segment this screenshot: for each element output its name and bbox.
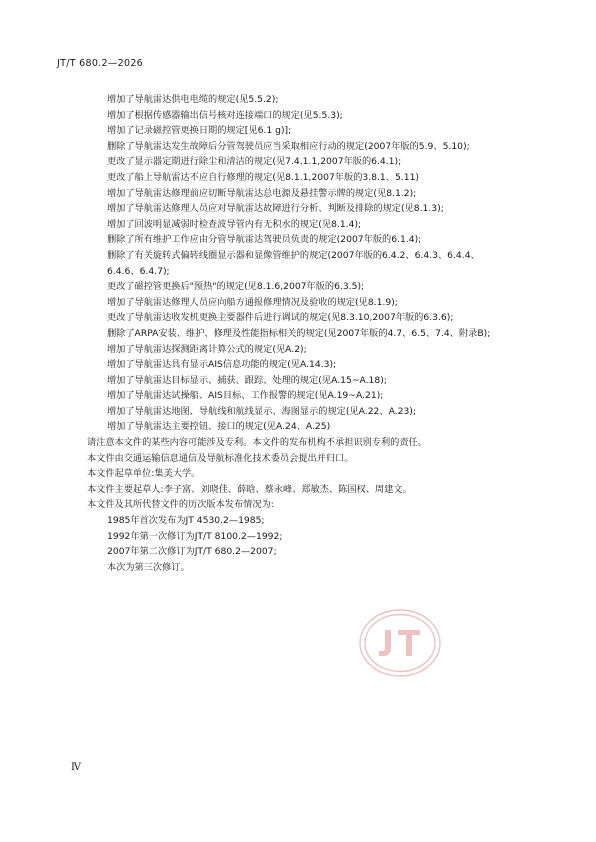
- change-item: 增加了导航雷达修理人员应向船方通报修理情况及验收的规定(见8.1.9);: [87, 295, 547, 311]
- standard-code-header: JT/T 680.2—2026: [57, 58, 143, 69]
- history-item: 1992年第一次修订为JT/T 8100.2—1992;: [87, 529, 547, 545]
- jt-watermark-logo: [358, 608, 442, 678]
- change-item: 增加了导航雷达具有显示AIS信息功能的规定(见A.14.3);: [87, 357, 547, 373]
- change-item: 更改了显示器定期进行除尘和清洁的规定(见7.4.1.1,2007年版的6.4.1…: [87, 154, 547, 170]
- history-item: 本次为第三次修订。: [87, 560, 547, 576]
- patent-notice: 请注意本文件的某些内容可能涉及专利。本文件的发布机构不承担识别专利的责任。: [87, 435, 547, 451]
- change-item: 增加了导航雷达试操船、AIS目标、工作报警的规定(见A.19~A.21);: [87, 388, 547, 404]
- change-item: 增加了导航雷达修理人员应对导航雷达故障进行分析、判断及排除的规定(见8.1.3)…: [87, 201, 547, 217]
- change-item: 更改了船上导航雷达不应自行修理的规定(见8.1.1,2007年版的3.8.1、5…: [87, 170, 547, 186]
- change-item-continuation: 6.4.6、6.4.7);: [87, 264, 547, 280]
- drafters: 本文件主要起草人:李子富、刘晓佳、薛晗、蔡永峰、郑敏杰、陈国权、周建文。: [87, 482, 547, 498]
- history-item: 2007年第二次修订为JT/T 680.2—2007;: [87, 544, 547, 560]
- history-intro: 本文件及其所代替文件的历次版本发布情况为:: [87, 497, 547, 513]
- document-body: 增加了导航雷达供电电缆的规定(见5.5.2); 增加了根据传感器输出信号核对连接…: [87, 92, 547, 575]
- change-item: 增加了回波明显减弱时检查波导管内有无积水的规定(见8.1.4);: [87, 217, 547, 233]
- change-item: 增加了导航雷达修理前应切断导航雷达总电源及悬挂警示牌的规定(见8.1.2);: [87, 186, 547, 202]
- version-history: 1985年首次发布为JT 4530.2—1985; 1992年第一次修订为JT/…: [87, 513, 547, 575]
- change-item: 增加了导航雷达主要控钮、接口的规定(见A.24、A.25): [87, 419, 547, 435]
- page-number: Ⅳ: [71, 762, 81, 773]
- notes: 请注意本文件的某些内容可能涉及专利。本文件的发布机构不承担识别专利的责任。 本文…: [87, 435, 547, 513]
- proposing-committee: 本文件由交通运输信息通信及导航标准化技术委员会提出并归口。: [87, 451, 547, 467]
- change-item: 增加了记录磁控管更换日期的规定[见6.1 g)];: [87, 123, 547, 139]
- change-item: 更改了磁控管更换后"预热"的规定(见8.1.6,2007年版的6.3.5);: [87, 279, 547, 295]
- change-item: 删除了所有维护工作应由分管导航雷达驾驶员负责的规定(2007年版的6.1.4);: [87, 232, 547, 248]
- changes-list: 增加了导航雷达供电电缆的规定(见5.5.2); 增加了根据传感器输出信号核对连接…: [87, 92, 547, 435]
- history-item: 1985年首次发布为JT 4530.2—1985;: [87, 513, 547, 529]
- change-item: 删除了ARPA安装、维护、修理及性能指标相关的规定(见2007年版的4.7、6.…: [87, 326, 547, 342]
- change-item: 增加了根据传感器输出信号核对连接端口的规定(见5.5.3);: [87, 108, 547, 124]
- change-item: 增加了导航雷达地图、导航线和航线显示、海图显示的规定(见A.22、A.23);: [87, 404, 547, 420]
- change-item: 删除了导航雷达发生故障后分管驾驶员应当采取相应行动的规定(2007年版的5.9、…: [87, 139, 547, 155]
- change-item: 增加了导航雷达目标显示、捕获、跟踪、处理的规定(见A.15~A.18);: [87, 373, 547, 389]
- change-item: 更改了导航雷达收发机更换主要器件后进行调试的规定(见8.3.10,2007年版的…: [87, 310, 547, 326]
- drafting-organization: 本文件起草单位:集美大学。: [87, 466, 547, 482]
- change-item: 删除了有关旋转式偏转线圈显示器和显像管维护的规定(2007年版的6.4.2、6.…: [87, 248, 547, 264]
- change-item: 增加了导航雷达供电电缆的规定(见5.5.2);: [87, 92, 547, 108]
- change-item: 增加了导航雷达探测距离计算公式的规定(见A.2);: [87, 342, 547, 358]
